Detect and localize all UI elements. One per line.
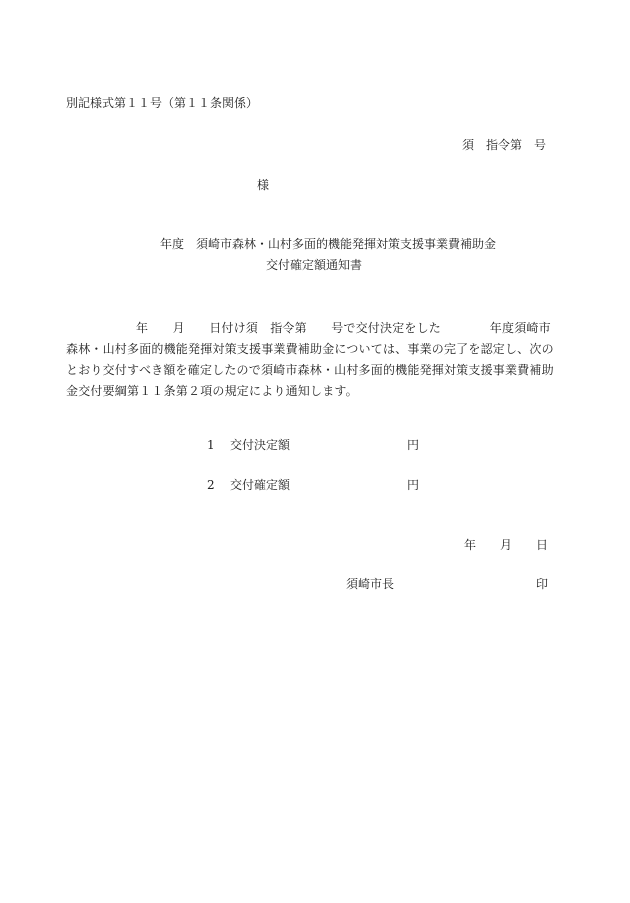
date-month: 月	[500, 539, 512, 551]
item-number: 2	[207, 479, 215, 491]
issuer: 須崎市長	[346, 578, 394, 590]
body-line-2: 森林・山村多面的機能発揮対策支援事業費補助金については、事業の完了を認定し、次の	[66, 339, 552, 360]
item-unit: 円	[407, 439, 419, 451]
item-label: 交付確定額	[230, 479, 290, 491]
title-line-1: 年度 須崎市森林・山村多面的機能発揮対策支援事業費補助金	[160, 238, 496, 250]
date-day: 日	[536, 539, 548, 551]
item-label: 交付決定額	[230, 439, 290, 451]
addressee-suffix: 様	[257, 179, 269, 191]
seal-mark: 印	[536, 578, 548, 590]
item-number: 1	[207, 439, 215, 451]
body-paragraph: 年 月 日付け須 指令第 号で交付決定をした 年度須崎市 森林・山村多面的機能発…	[66, 318, 552, 402]
reference-number: 須 指令第 号	[462, 139, 546, 151]
item-unit: 円	[407, 479, 419, 491]
body-line-3: とおり交付すべき額を確定したので須崎市森林・山村多面的機能発揮対策支援事業費補助	[66, 360, 552, 381]
form-label: 別記様式第１１号（第１１条関係）	[66, 97, 258, 109]
body-line-1: 年 月 日付け須 指令第 号で交付決定をした 年度須崎市	[66, 318, 552, 339]
title-line-2: 交付確定額通知書	[266, 259, 362, 271]
date-year: 年	[464, 539, 476, 551]
body-line-4: 金交付要綱第１１条第２項の規定により通知します。	[66, 381, 552, 402]
